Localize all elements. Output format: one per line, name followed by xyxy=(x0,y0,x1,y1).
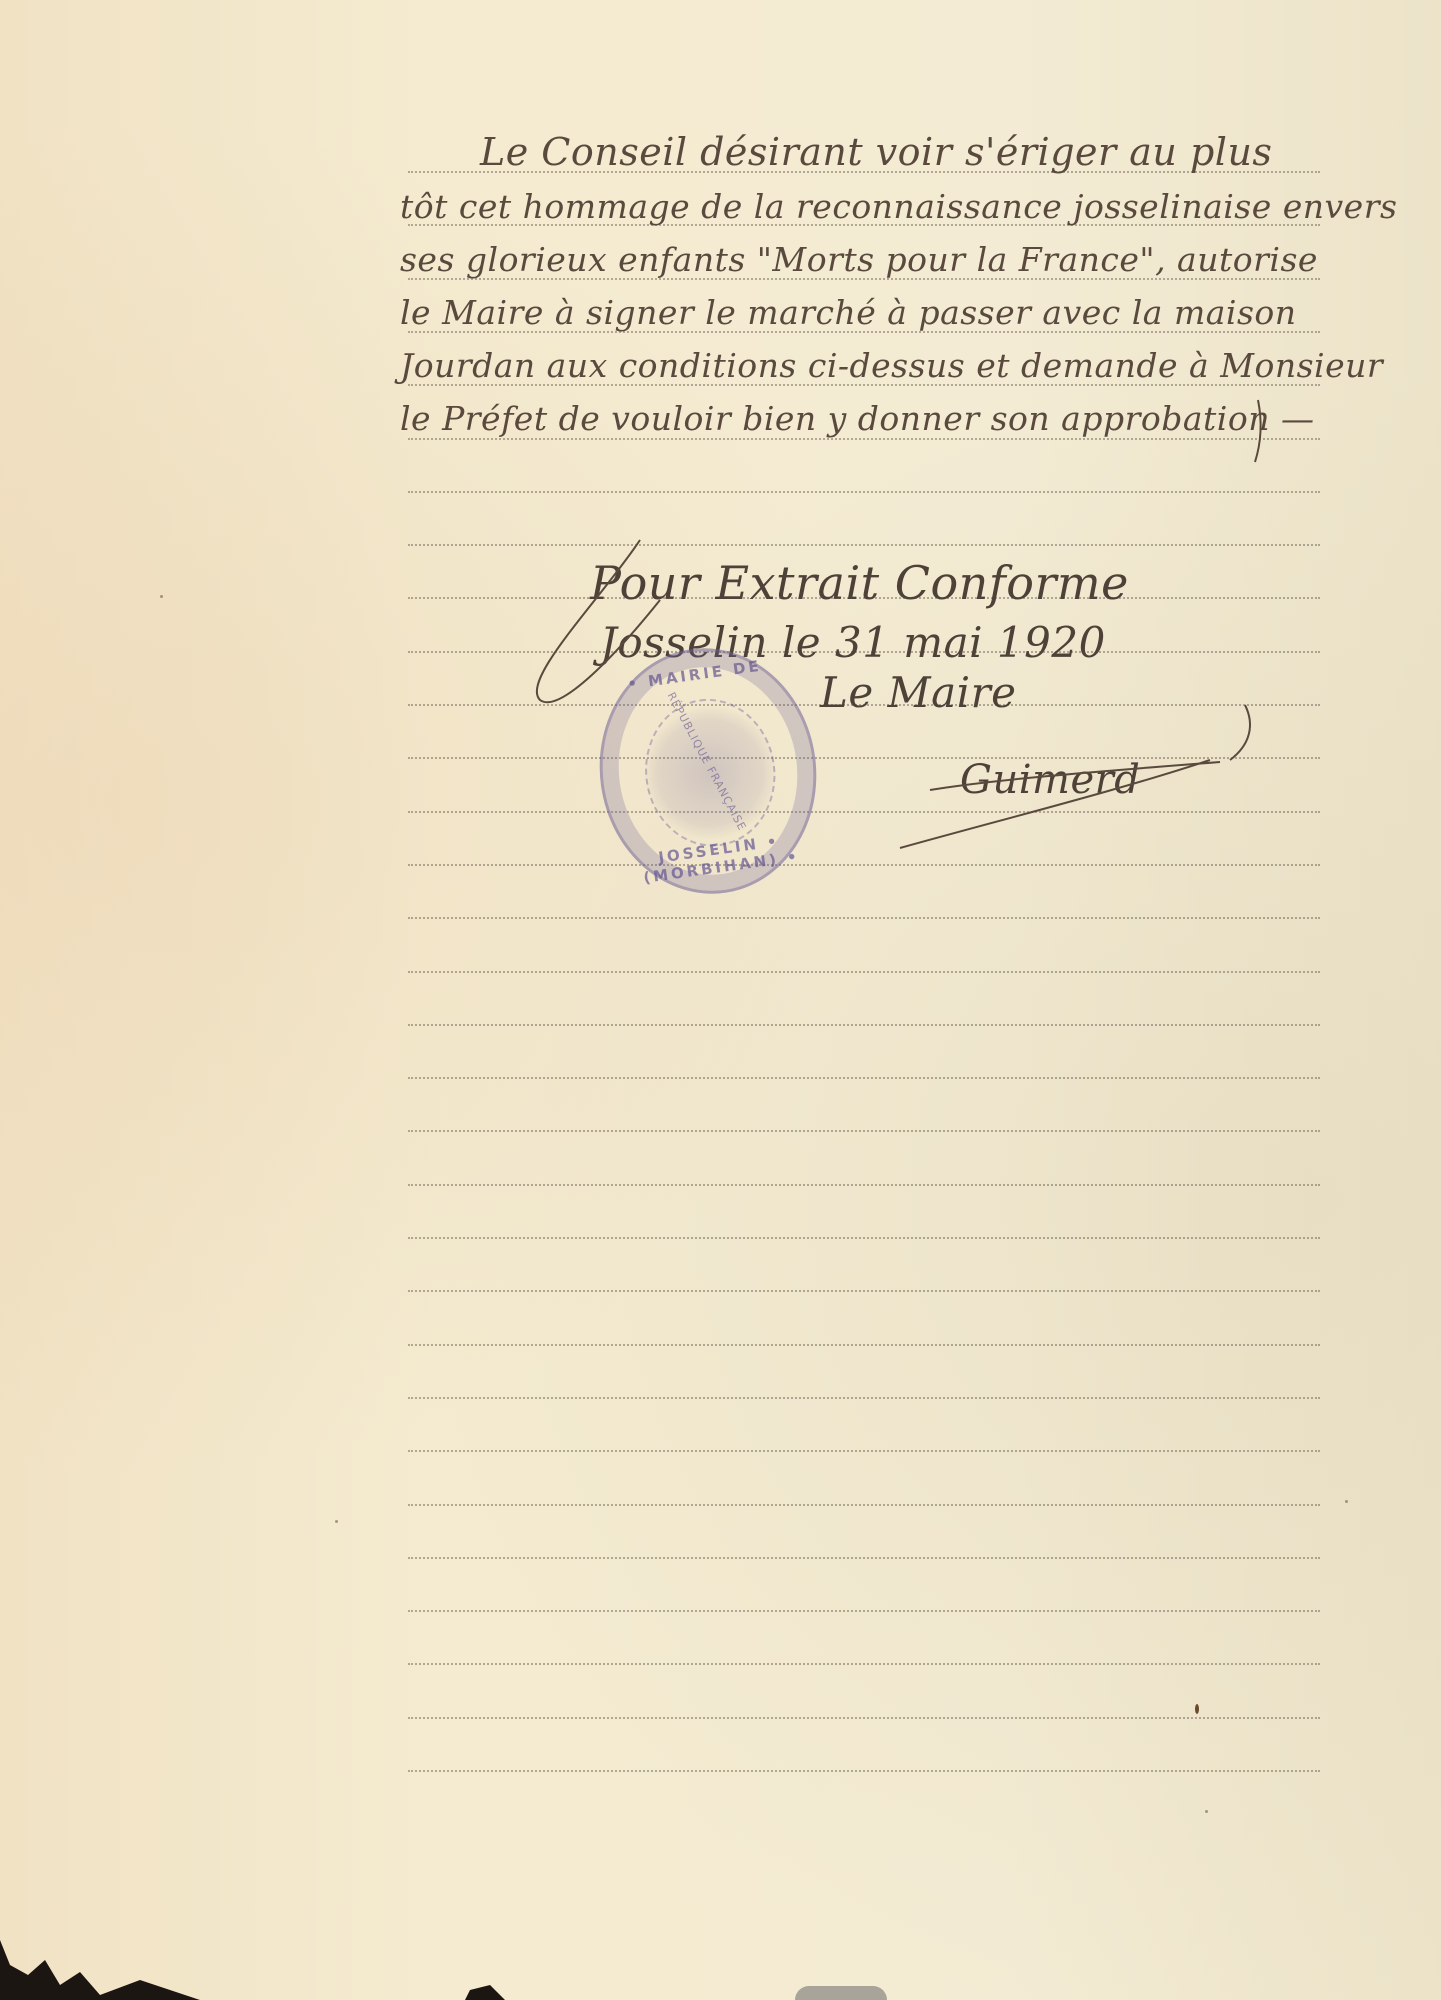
ink-speck xyxy=(1205,1810,1208,1813)
ink-speck xyxy=(160,595,163,598)
ruled-line xyxy=(408,864,1320,866)
ruled-line xyxy=(408,1290,1320,1292)
scanner-thumb-mark xyxy=(795,1986,887,2000)
ruled-line xyxy=(408,1450,1320,1452)
body-line-1: Le Conseil désirant voir s'ériger au plu… xyxy=(480,133,1441,171)
ruled-line xyxy=(408,811,1320,813)
body-line-6: le Préfet de vouloir bien y donner son a… xyxy=(400,402,1410,435)
ruled-line xyxy=(408,1610,1320,1612)
certification-line: Pour Extrait Conforme xyxy=(590,560,1441,606)
signatory-title: Le Maire xyxy=(820,672,1441,714)
ruled-line xyxy=(408,438,1320,440)
ruled-line xyxy=(408,1237,1320,1239)
ruled-line xyxy=(408,1504,1320,1506)
ruled-line xyxy=(408,1770,1320,1772)
ruled-line xyxy=(408,544,1320,546)
ruled-line xyxy=(408,757,1320,759)
ruled-line xyxy=(408,1130,1320,1132)
ink-speck xyxy=(1345,1500,1348,1503)
ruled-line xyxy=(408,971,1320,973)
document-page: Le Conseil désirant voir s'ériger au plu… xyxy=(0,0,1441,2000)
ruled-line xyxy=(408,1184,1320,1186)
ruled-line xyxy=(408,1397,1320,1399)
body-line-3: ses glorieux enfants "Morts pour la Fran… xyxy=(400,243,1410,276)
ruled-line xyxy=(408,917,1320,919)
ruled-line xyxy=(408,1344,1320,1346)
ink-speck xyxy=(1195,1704,1199,1714)
ruled-line xyxy=(408,491,1320,493)
ink-speck xyxy=(335,1520,338,1523)
body-line-4: le Maire à signer le marché à passer ave… xyxy=(400,296,1410,329)
ruled-line xyxy=(408,1663,1320,1665)
ruled-line xyxy=(408,1024,1320,1026)
body-line-2: tôt cet hommage de la reconnaissance jos… xyxy=(400,190,1410,223)
torn-page-edge xyxy=(0,1940,520,2000)
body-line-5: Jourdan aux conditions ci-dessus et dema… xyxy=(400,349,1410,382)
municipal-stamp: • MAIRIE DE RÉPUBLIQUE FRANÇAISE JOSSELI… xyxy=(584,634,832,908)
ruled-line xyxy=(408,1077,1320,1079)
mayor-signature: Guimerd xyxy=(960,760,1441,800)
ruled-line xyxy=(408,1557,1320,1559)
ruled-line xyxy=(408,1717,1320,1719)
